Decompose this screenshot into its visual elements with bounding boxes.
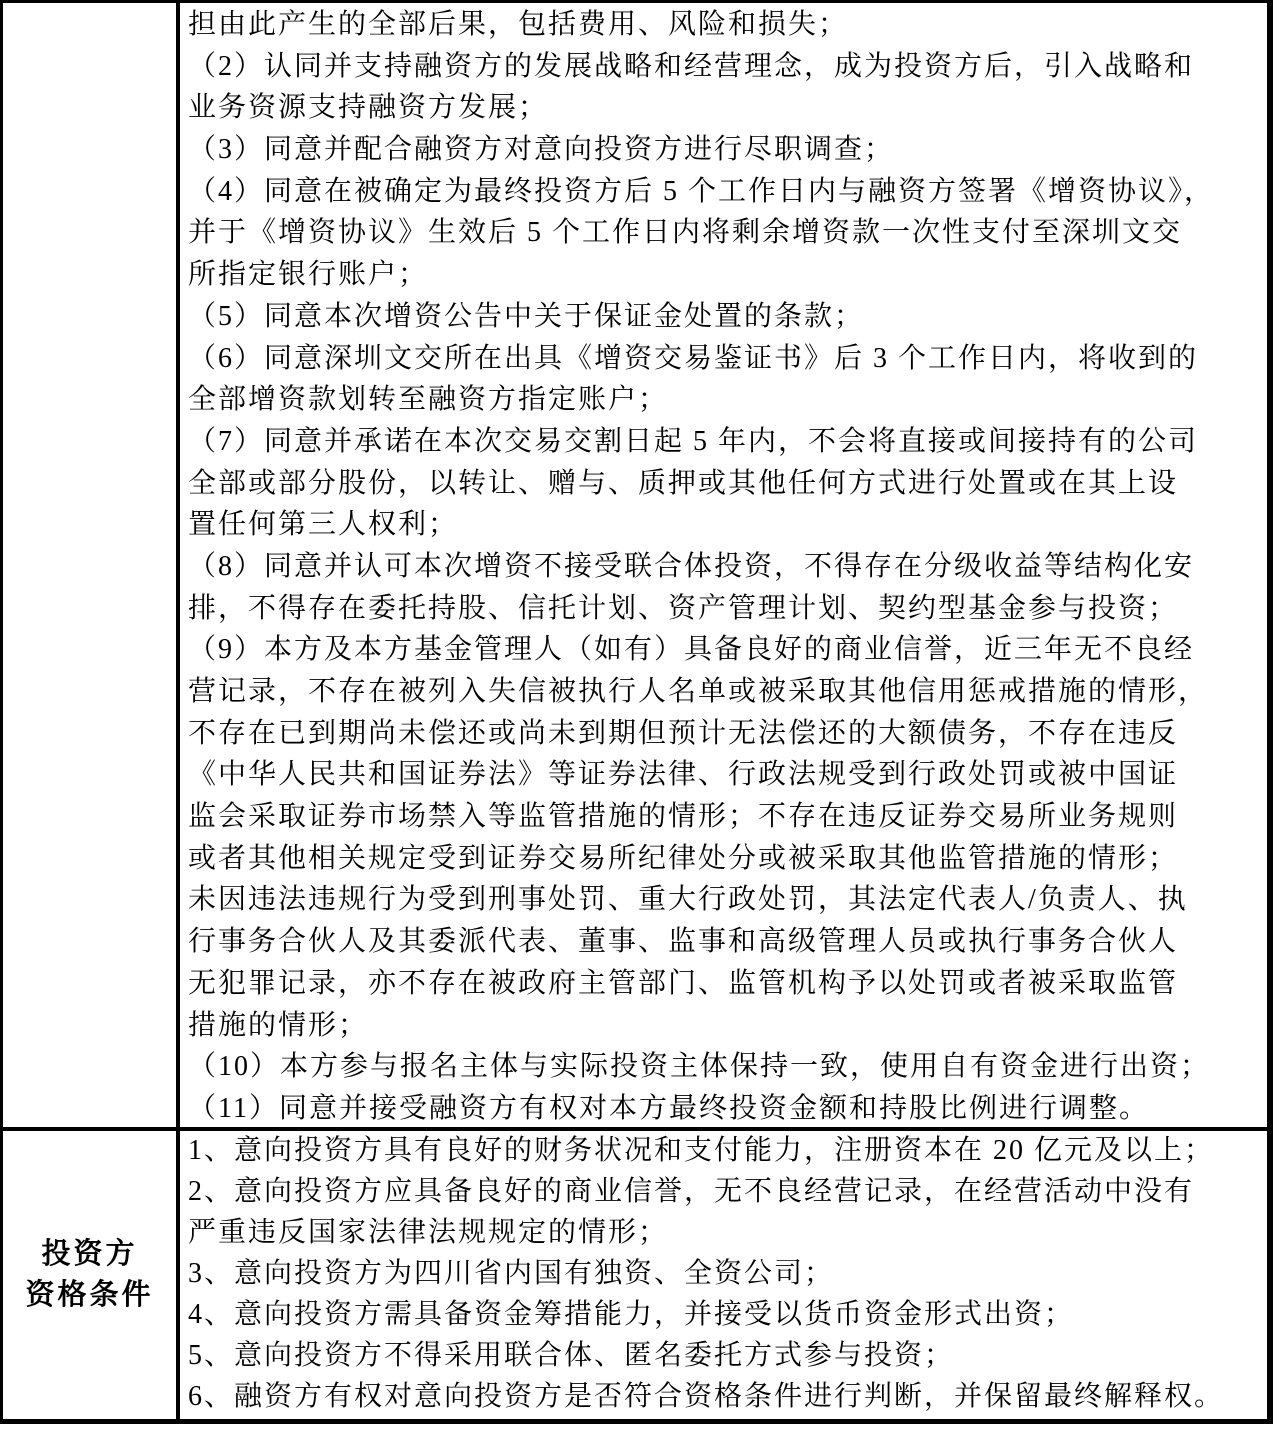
row3-cutoff-strip xyxy=(0,1424,1273,1433)
text-line: 全部或部分股份，以转让、赠与、质押或其他任何方式进行处置或在其上设 xyxy=(188,463,1214,505)
text-line: 2、意向投资方应具备良好的商业信誉，无不良经营记录，在经营活动中没有 xyxy=(188,1171,1224,1212)
text-line: 排，不得存在委托持股、信托计划、资产管理计划、契约型基金参与投资； xyxy=(188,588,1214,630)
text-line: （6）同意深圳文交所在出具《增资交易鉴证书》后 3 个工作日内，将收到的 xyxy=(188,338,1214,380)
text-line: （11）同意并接受融资方有权对本方最终投资金额和持股比例进行调整。 xyxy=(188,1088,1214,1130)
text-line: 或者其他相关规定受到证券交易所纪律处分或被采取其他监管措施的情形； xyxy=(188,838,1214,880)
text-line: 5、意向投资方不得采用联合体、匿名委托方式参与投资； xyxy=(188,1335,1224,1376)
table-border-top xyxy=(0,0,1273,3)
text-line: 无犯罪记录，亦不存在被政府主管部门、监管机构予以处罚或者被采取监管 xyxy=(188,963,1214,1005)
text-line: （10）本方参与报名主体与实际投资主体保持一致，使用自有资金进行出资； xyxy=(188,1046,1214,1088)
text-line: 担由此产生的全部后果，包括费用、风险和损失； xyxy=(188,4,1214,46)
qualification-conditions-cell: 1、意向投资方具有良好的财务状况和支付能力，注册资本在 20 亿元及以上；2、意… xyxy=(188,1130,1224,1417)
row2-label-cell: 投资方 资格条件 xyxy=(3,1131,176,1419)
text-line: （7）同意并承诺在本次交易交割日起 5 年内，不会将直接或间接持有的公司 xyxy=(188,421,1214,463)
row1-label-cell xyxy=(3,3,176,1127)
text-line: （3）同意并配合融资方对意向投资方进行尽职调查； xyxy=(188,129,1214,171)
document-page: 担由此产生的全部后果，包括费用、风险和损失；（2）认同并支持融资方的发展战略和经… xyxy=(0,0,1273,1433)
text-line: 监会采取证券市场禁入等监管措施的情形；不存在违反证券交易所业务规则 xyxy=(188,796,1214,838)
text-line: 所指定银行账户； xyxy=(188,254,1214,296)
text-line: 措施的情形； xyxy=(188,1005,1214,1047)
text-line: 4、意向投资方需具备资金筹措能力，并接受以货币资金形式出资； xyxy=(188,1294,1224,1335)
row2-label-line-2: 资格条件 xyxy=(25,1277,153,1314)
text-line: 3、意向投资方为四川省内国有独资、全资公司； xyxy=(188,1253,1224,1294)
agreement-clauses-cell: 担由此产生的全部后果，包括费用、风险和损失；（2）认同并支持融资方的发展战略和经… xyxy=(188,4,1214,1130)
text-line: 不存在已到期尚未偿还或尚未到期但预计无法偿还的大额债务，不存在违反 xyxy=(188,713,1214,755)
text-line: （5）同意本次增资公告中关于保证金处置的条款； xyxy=(188,296,1214,338)
text-line: （4）同意在被确定为最终投资方后 5 个工作日内与融资方签署《增资协议》， xyxy=(188,171,1214,213)
text-line: （2）认同并支持融资方的发展战略和经营理念，成为投资方后，引入战略和 xyxy=(188,46,1214,88)
text-line: 并于《增资协议》生效后 5 个工作日内将剩余增资款一次性支付至深圳文交 xyxy=(188,212,1214,254)
text-line: 行事务合伙人及其委派代表、董事、监事和高级管理人员或执行事务合伙人 xyxy=(188,921,1214,963)
text-line: （9）本方及本方基金管理人（如有）具备良好的商业信誉，近三年无不良经 xyxy=(188,629,1214,671)
table-column-divider xyxy=(176,0,180,1433)
text-line: 1、意向投资方具有良好的财务状况和支付能力，注册资本在 20 亿元及以上； xyxy=(188,1130,1224,1171)
text-line: 严重违反国家法律法规规定的情形； xyxy=(188,1212,1224,1253)
text-line: 全部增资款划转至融资方指定账户； xyxy=(188,379,1214,421)
text-line: 营记录，不存在被列入失信被执行人名单或被采取其他信用惩戒措施的情形， xyxy=(188,671,1214,713)
text-line: 业务资源支持融资方发展； xyxy=(188,87,1214,129)
text-line: 6、融资方有权对意向投资方是否符合资格条件进行判断，并保留最终解释权。 xyxy=(188,1376,1224,1417)
text-line: 未因违法违规行为受到刑事处罚、重大行政处罚，其法定代表人/负责人、执 xyxy=(188,879,1214,921)
row2-label-line-1: 投资方 xyxy=(41,1236,137,1273)
text-line: 置任何第三人权利； xyxy=(188,504,1214,546)
text-line: 《中华人民共和国证券法》等证券法律、行政法规受到行政处罚或被中国证 xyxy=(188,754,1214,796)
table-border-right xyxy=(1267,0,1273,1433)
text-line: （8）同意并认可本次增资不接受联合体投资，不得存在分级收益等结构化安 xyxy=(188,546,1214,588)
